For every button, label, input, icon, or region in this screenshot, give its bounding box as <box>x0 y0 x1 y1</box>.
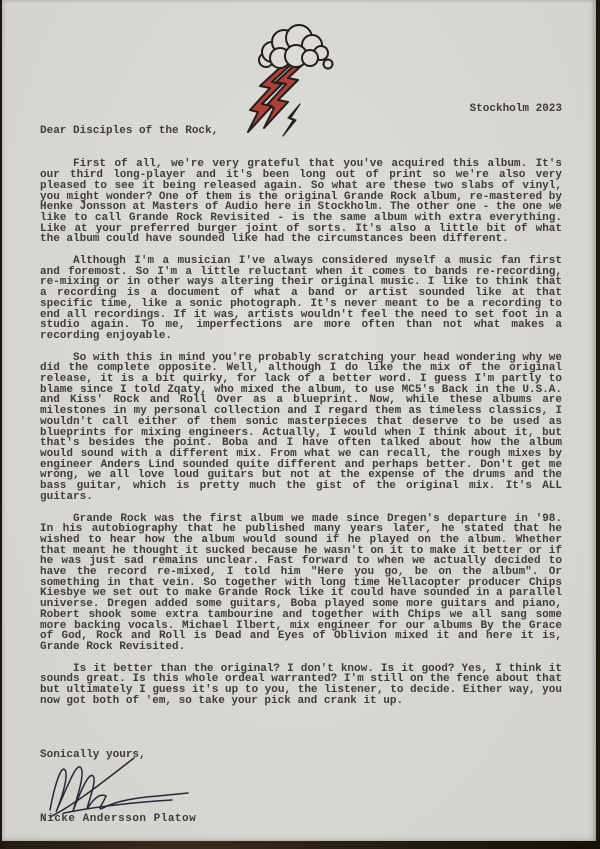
photo-of-letter: { "letter": { "location_date": "Stockhol… <box>0 0 600 849</box>
letter-paragraph-2: Although I'm a musician I've always cons… <box>40 256 562 342</box>
signature-scribble <box>36 756 251 820</box>
paper: Stockholm 2023 Dear Disciples of the Roc… <box>2 0 596 842</box>
letter-body: Stockholm 2023 Dear Disciples of the Roc… <box>40 104 562 706</box>
letter-paragraph-1: First of all, we're very grateful that y… <box>40 159 562 245</box>
signature-name: Nicke Andersson Platow <box>40 813 196 825</box>
letter-paragraph-3: So with this in mind you're probably scr… <box>40 353 562 503</box>
letter-paragraph-4: Grande Rock was the first album we made … <box>40 514 562 653</box>
date-line: Stockholm 2023 <box>40 104 562 115</box>
table-surface <box>0 841 600 849</box>
letter-paragraph-5: Is it better than the original? I don't … <box>40 664 562 707</box>
salutation: Dear Disciples of the Rock, <box>40 126 562 137</box>
